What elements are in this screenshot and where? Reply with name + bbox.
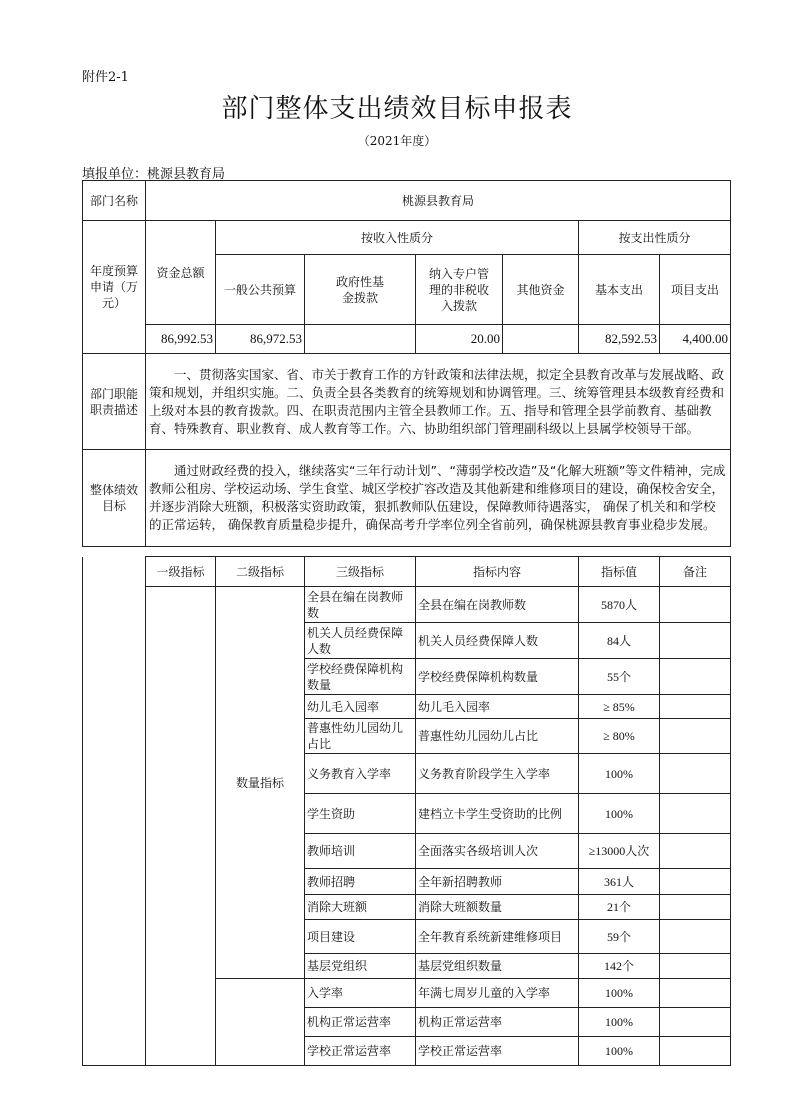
value-project-expense: 4,400.00 — [660, 325, 731, 354]
value-cell: ≥ 85% — [579, 695, 660, 719]
note-cell — [660, 1037, 731, 1066]
content-cell: 全年教育系统新建维修项目 — [416, 920, 579, 954]
col-basic-expense: 基本支出 — [579, 255, 660, 325]
note-cell — [660, 623, 731, 659]
content-cell: 全县在编在岗教师数 — [416, 587, 579, 623]
header-value: 指标值 — [579, 557, 660, 587]
content-cell: 基层党组织数量 — [416, 954, 579, 979]
value-cell: 100% — [579, 754, 660, 794]
value-cell: 142个 — [579, 954, 660, 979]
page-title: 部门整体支出绩效目标申报表 — [0, 88, 794, 125]
level3-cell: 学校正常运营率 — [305, 1037, 416, 1066]
content-cell: 机关人员经费保障人数 — [416, 623, 579, 659]
note-cell — [660, 754, 731, 794]
report-year: （2021年度） — [0, 132, 794, 149]
level3-cell: 义务教育入学率 — [305, 754, 416, 794]
value-cell: 100% — [579, 1037, 660, 1066]
value-cell: 100% — [579, 1008, 660, 1037]
note-cell — [660, 954, 731, 979]
income-group-header: 按收入性质分 — [216, 221, 579, 255]
value-cell: ≥ 80% — [579, 719, 660, 754]
value-other-funds — [503, 325, 579, 354]
level3-cell: 学生资助 — [305, 794, 416, 834]
attachment-label: 附件2-1 — [82, 66, 129, 85]
value-general-budget: 86,972.53 — [216, 325, 305, 354]
content-cell: 全面落实各级培训人次 — [416, 834, 579, 869]
content-cell: 全年新招聘教师 — [416, 869, 579, 895]
content-cell: 义务教育阶段学生入学率 — [416, 754, 579, 794]
indicators-spacer — [83, 587, 146, 1066]
note-cell — [660, 695, 731, 719]
value-cell: ≥13000人次 — [579, 834, 660, 869]
level3-cell: 消除大班额 — [305, 895, 416, 920]
value-gov-fund — [305, 325, 416, 354]
header-note: 备注 — [660, 557, 731, 587]
note-cell — [660, 794, 731, 834]
content-cell: 学校经费保障机构数量 — [416, 659, 579, 695]
col-other-funds: 其他资金 — [503, 255, 579, 325]
indicators-spacer — [83, 557, 146, 587]
content-cell: 幼儿毛入园率 — [416, 695, 579, 719]
note-cell — [660, 719, 731, 754]
header-content: 指标内容 — [416, 557, 579, 587]
col-gov-fund: 政府性基金拨款 — [305, 255, 416, 325]
budget-row-label: 年度预算申请（万元） — [83, 221, 146, 354]
content-cell: 消除大班额数量 — [416, 895, 579, 920]
col-general-budget: 一般公共预算 — [216, 255, 305, 325]
content-cell: 普惠性幼儿园幼儿占比 — [416, 719, 579, 754]
header-level3: 三级指标 — [305, 557, 416, 587]
level3-cell: 机关人员经费保障人数 — [305, 623, 416, 659]
content-cell: 建档立卡学生受资助的比例 — [416, 794, 579, 834]
level3-cell: 普惠性幼儿园幼儿占比 — [305, 719, 416, 754]
goal-label: 整体绩效目标 — [83, 450, 146, 547]
note-cell — [660, 869, 731, 895]
value-cell: 55个 — [579, 659, 660, 695]
duties-text: 一、贯彻落实国家、省、市关于教育工作的方针政策和法律法规，拟定全县教育改革与发展… — [146, 354, 731, 450]
value-cell: 21个 — [579, 895, 660, 920]
duties-label: 部门职能职责描述 — [83, 354, 146, 450]
level2-cell: 数量指标 — [216, 587, 305, 979]
level3-cell: 教师招聘 — [305, 869, 416, 895]
expense-group-header: 按支出性质分 — [579, 221, 731, 255]
level3-cell: 基层党组织 — [305, 954, 416, 979]
content-cell: 年满七周岁儿童的入学率 — [416, 979, 579, 1008]
value-non-tax: 20.00 — [416, 325, 503, 354]
total-funds-label: 资金总额 — [146, 221, 216, 325]
indicators-table: 一级指标 二级指标 三级指标 指标内容 指标值 备注 数量指标全县在编在岗教师数… — [82, 556, 731, 1066]
content-cell: 机构正常运营率 — [416, 1008, 579, 1037]
value-cell: 59个 — [579, 920, 660, 954]
value-basic-expense: 82,592.53 — [579, 325, 660, 354]
level3-cell: 教师培训 — [305, 834, 416, 869]
note-cell — [660, 1008, 731, 1037]
note-cell — [660, 920, 731, 954]
col-project-expense: 项目支出 — [660, 255, 731, 325]
note-cell — [660, 834, 731, 869]
level3-cell: 项目建设 — [305, 920, 416, 954]
level1-cell — [146, 587, 216, 1066]
indicator-row: 数量指标全县在编在岗教师数全县在编在岗教师数5870人 — [83, 587, 731, 623]
level3-cell: 幼儿毛入园率 — [305, 695, 416, 719]
level3-cell: 入学率 — [305, 979, 416, 1008]
value-total: 86,992.53 — [146, 325, 216, 354]
value-cell: 84人 — [579, 623, 660, 659]
level3-cell: 机构正常运营率 — [305, 1008, 416, 1037]
level2-cell — [216, 979, 305, 1066]
col-non-tax-text: 纳入专户管理的非税收入拨款 — [429, 266, 489, 314]
budget-table: 部门名称 桃源县教育局 年度预算申请（万元） 资金总额 按收入性质分 按支出性质… — [82, 180, 731, 547]
value-cell: 361人 — [579, 869, 660, 895]
dept-name-value: 桃源县教育局 — [146, 181, 731, 221]
goal-text: 通过财政经费的投入，继续落实“三年行动计划”、“薄弱学校改造”及“化解大班额”等… — [146, 450, 731, 547]
level3-cell: 学校经费保障机构数量 — [305, 659, 416, 695]
content-cell: 学校正常运营率 — [416, 1037, 579, 1066]
value-cell: 100% — [579, 979, 660, 1008]
note-cell — [660, 659, 731, 695]
dept-name-label: 部门名称 — [83, 181, 146, 221]
col-non-tax: 纳入专户管理的非税收入拨款 — [416, 255, 503, 325]
value-cell: 5870人 — [579, 587, 660, 623]
value-cell: 100% — [579, 794, 660, 834]
level3-cell: 全县在编在岗教师数 — [305, 587, 416, 623]
note-cell — [660, 895, 731, 920]
note-cell — [660, 587, 731, 623]
header-level2: 二级指标 — [216, 557, 305, 587]
note-cell — [660, 979, 731, 1008]
header-level1: 一级指标 — [146, 557, 216, 587]
col-gov-fund-text: 政府性基金拨款 — [333, 274, 387, 306]
